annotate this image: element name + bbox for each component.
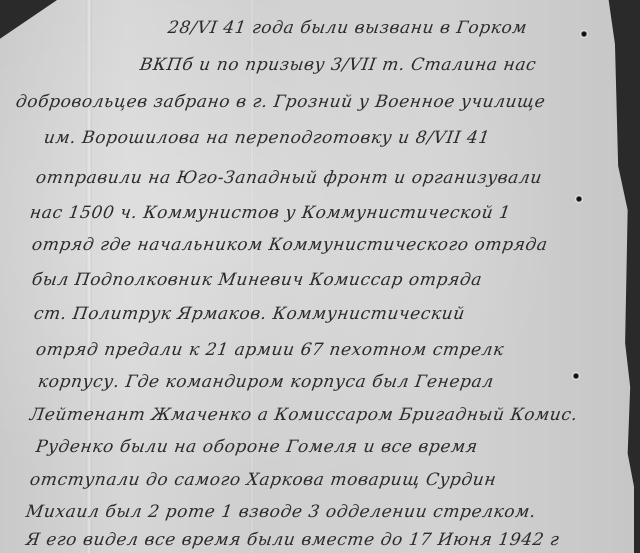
letter-line: нас 1500 ч. Коммунистов у Коммунистическ…	[29, 203, 512, 223]
letter-line: Михаил был 2 роте 1 взводе 3 одделении с…	[25, 502, 538, 522]
letter-line: Я его видел все время были вместе до 17 …	[25, 530, 561, 550]
paper-hole	[575, 195, 583, 203]
letter-line: был Подполковник Миневич Комиссар отряда	[31, 270, 484, 290]
letter-line: ВКПб и по призыву 3/VII т. Сталина нас	[139, 55, 538, 75]
letter-line: отряд где начальником Коммунистического …	[31, 235, 549, 255]
letter-line: корпусу. Где командиром корпуса был Гене…	[37, 372, 496, 392]
paper-hole	[580, 30, 588, 38]
letter-line: добровольцев забрано в г. Грозний у Воен…	[15, 92, 547, 112]
letter-line: отступали до самого Харкова товарищ Сурд…	[29, 470, 498, 490]
letter-line: Руденко были на обороне Гомеля и все вре…	[35, 437, 479, 457]
letter-line: отряд предали к 21 армии 67 пехотном стр…	[35, 340, 506, 360]
letter-line: 28/VI 41 года были вызвани в Горком	[167, 18, 529, 38]
letter-line: Лейтенант Жмаченко а Комиссаром Бригадны…	[29, 405, 579, 425]
letter-line: им. Ворошилова на переподготовку и 8/VII…	[43, 128, 492, 148]
paper-hole	[572, 372, 580, 380]
letter-line: ст. Политрук Ярмаков. Коммунистический	[33, 304, 467, 324]
letter-line: отправили на Юго-Западный фронт и органи…	[35, 168, 544, 188]
letter-paper: 28/VI 41 года были вызвани в Горком ВКПб…	[0, 0, 634, 553]
